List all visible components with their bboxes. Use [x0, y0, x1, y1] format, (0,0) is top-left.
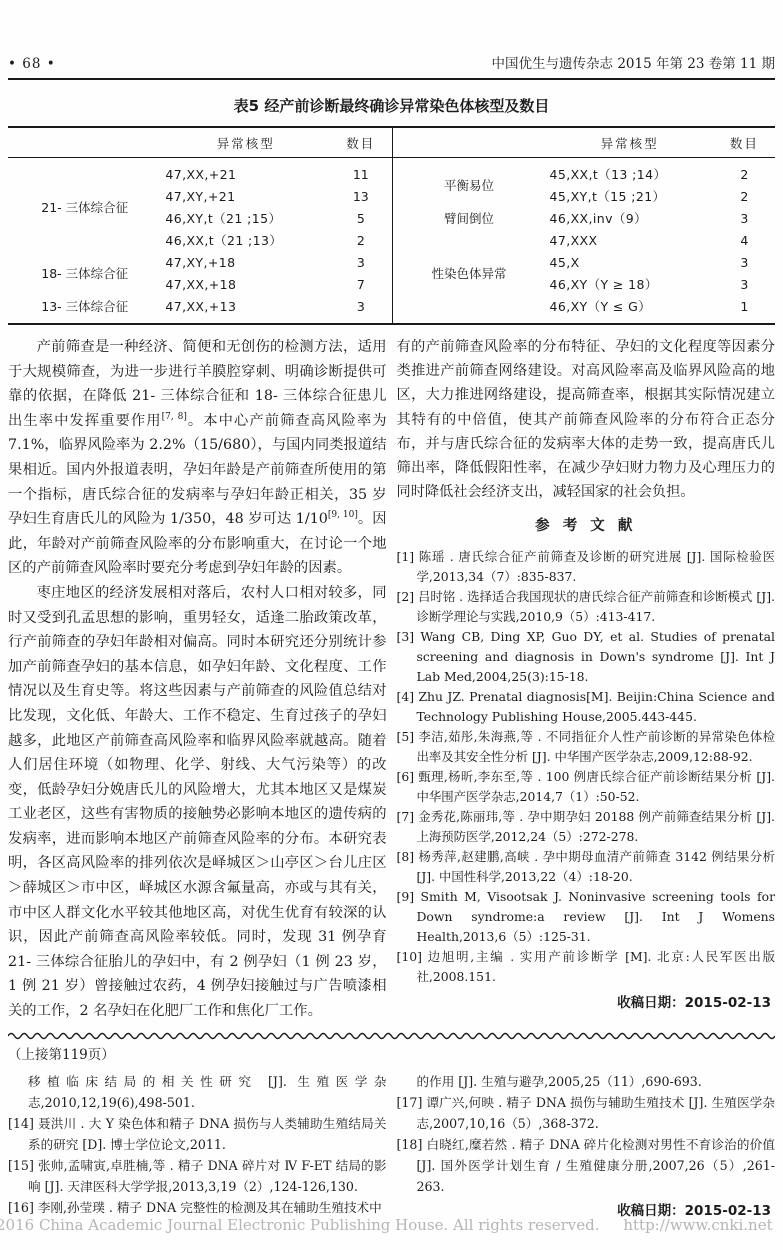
reference-item: [1] 陈瑶 . 唐氏综合征产前筛查及诊断的研究进展 [J]. 国际检验医学,2…	[397, 547, 776, 587]
page-header: • 68 • 中国优生与遗传杂志 2015 年第 23 卷第 11 期	[8, 52, 775, 72]
karyotype-cell: 47,XX,+18	[161, 277, 330, 292]
reference-item: [4] Zhu JZ. Prenatal diagnosis[M]. Beiji…	[397, 687, 776, 727]
reference-item: [17] 谭广兴,何映 . 精子 DNA 损伤与辅助生殖技术 [J]. 生殖医学…	[397, 1092, 776, 1134]
table-right-body: 平衡易位 臂间倒位 性染色体异常 45,XX,t（13 ;14） 2 45,XY…	[393, 158, 776, 323]
table-left-header: 异常核型 数目	[8, 128, 392, 158]
reference-item: [15] 张帅,孟啸寅,卓胜楠,等 . 精子 DNA 碎片对 Ⅳ F-ET 结局…	[8, 1155, 387, 1197]
copyright-text: 2016 China Academic Journal Electronic P…	[0, 1216, 599, 1234]
karyotype-header: 异常核型	[161, 134, 330, 152]
reference-item: [16] 李刚,孙莹璞 . 精子 DNA 完整性的检测及其在辅助生殖技术中	[8, 1197, 387, 1218]
continuation-right-column: 的作用 [J]. 生殖与避孕,2005,25（11）,690-693. [17]…	[397, 1071, 776, 1227]
count-cell: 2	[330, 233, 391, 248]
page-number: • 68 •	[8, 56, 56, 72]
table-right-header: 异常核型 数目	[393, 128, 776, 158]
category-cell: 性染色体异常	[393, 264, 546, 282]
paragraph-4: 有的产前筛查风险率的分布特征、孕妇的文化程度等因素分类推进产前筛查网络建设。对高…	[397, 335, 776, 504]
count-cell: 11	[330, 167, 391, 182]
karyotype-cell: 47,XX,+21	[161, 167, 330, 182]
karyotype-cell: 47,XX,+13	[161, 299, 330, 314]
journal-page: • 68 • 中国优生与遗传杂志 2015 年第 23 卷第 11 期 表5 经…	[0, 0, 783, 1250]
table-title: 表5 经产前诊断最终确诊异常染色体核型及数目	[8, 95, 775, 116]
citation-superscript: [7, 8]	[162, 412, 187, 422]
table-right-half: 异常核型 数目 平衡易位 臂间倒位 性染色体异常 45,XX,t（13 ;14）…	[392, 128, 776, 323]
count-cell: 3	[714, 211, 775, 226]
journal-title-line: 中国优生与遗传杂志 2015 年第 23 卷第 11 期	[492, 52, 775, 72]
paragraph-2: 枣庄地区的经济发展相对落后，农村人口相对较多，同时又受到孔孟思想的影响，重男轻女…	[8, 581, 387, 1024]
continued-from-marker: （上接第119页）	[8, 1043, 775, 1063]
copyright-footer: 2016 China Academic Journal Electronic P…	[0, 1216, 773, 1234]
karyotype-cell: 47,XY,+18	[161, 255, 330, 270]
karyotype-cell: 45,XY,t（15 ;21）	[546, 187, 714, 205]
body-left-column: 产前筛查是一种经济、简便和无创伤的检测方法，适用于大规模筛查，为进一步进行羊膜腔…	[8, 335, 387, 1025]
header-rule	[8, 78, 775, 80]
count-cell: 3	[330, 255, 391, 270]
karyotype-cell: 46,XX,inv（9）	[546, 209, 714, 227]
count-cell: 1	[714, 299, 775, 314]
body-right-column: 有的产前筛查风险率的分布特征、孕妇的文化程度等因素分类推进产前筛查网络建设。对高…	[397, 335, 776, 1025]
reference-item: [7] 金秀花,陈丽玮,等 . 孕中期孕妇 20188 例产前筛查结果分析 [J…	[397, 807, 776, 847]
category-cell: 13- 三体综合征	[8, 297, 161, 315]
wavy-divider	[8, 1027, 775, 1039]
karyotype-cell: 47,XY,+21	[161, 189, 330, 204]
karyotype-cell: 45,X	[546, 255, 714, 270]
reference-item: [18] 白晓红,糜若然 . 精子 DNA 碎片化检测对男性不育诊治的价值 [J…	[397, 1134, 776, 1197]
body-columns: 产前筛查是一种经济、简便和无创伤的检测方法，适用于大规模筛查，为进一步进行羊膜腔…	[8, 335, 775, 1025]
count-header: 数目	[330, 134, 391, 152]
reference-item: [9] Smith M, Visootsak J. Noninvasive sc…	[397, 887, 776, 947]
category-cell: 平衡易位	[393, 176, 546, 194]
count-cell: 13	[330, 189, 391, 204]
karyotype-cell: 47,XXX	[546, 233, 714, 248]
reference-continuation: 移植临床结局的相关性研究 [J]. 生殖医学杂志,2010,12,19(6),4…	[8, 1071, 387, 1113]
count-cell: 7	[330, 277, 391, 292]
reference-continuation: 的作用 [J]. 生殖与避孕,2005,25（11）,690-693.	[397, 1071, 776, 1092]
paragraph-1: 产前筛查是一种经济、简便和无创伤的检测方法，适用于大规模筛查，为进一步进行羊膜腔…	[8, 335, 387, 581]
karyotype-cell: 46,XX,t（21 ;13）	[161, 231, 330, 249]
reference-item: [14] 聂洪川 . 大 Y 染色体和精子 DNA 损伤与人类辅助生殖结局关系的…	[8, 1113, 387, 1155]
reference-item: [10] 边旭明,主编 . 实用产前诊断学 [M]. 北京:人民军医出版社,20…	[397, 947, 776, 987]
karyotype-cell: 46,XY（Y ≤ G）	[546, 297, 714, 315]
reference-item: [3] Wang CB, Ding XP, Guo DY, et al. Stu…	[397, 627, 776, 687]
count-cell: 2	[714, 189, 775, 204]
count-cell: 3	[714, 255, 775, 270]
references-list: [1] 陈瑶 . 唐氏综合征产前筛查及诊断的研究进展 [J]. 国际检验医学,2…	[397, 547, 776, 987]
count-cell: 4	[714, 233, 775, 248]
karyotype-table: 异常核型 数目 21- 三体综合征 18- 三体综合征 13- 三体综合征 47…	[8, 126, 775, 325]
table-left-body: 21- 三体综合征 18- 三体综合征 13- 三体综合征 47,XX,+21 …	[8, 158, 392, 323]
reference-item: [6] 甄理,杨昕,李东至,等 . 100 例唐氏综合征产前诊断结果分析 [J]…	[397, 767, 776, 807]
count-cell: 2	[714, 167, 775, 182]
count-cell: 3	[330, 299, 391, 314]
karyotype-cell: 45,XX,t（13 ;14）	[546, 165, 714, 183]
karyotype-cell: 46,XY（Y ≥ 18）	[546, 275, 714, 293]
karyotype-header: 异常核型	[546, 134, 714, 152]
category-cell: 臂间倒位	[393, 209, 546, 227]
citation-superscript: [9, 10]	[328, 510, 358, 520]
count-cell: 5	[330, 211, 391, 226]
category-cell: 18- 三体综合征	[8, 264, 161, 282]
references-heading: 参 考 文 献	[397, 514, 776, 538]
category-cell: 21- 三体综合征	[8, 198, 161, 216]
continuation-left-column: 移植临床结局的相关性研究 [J]. 生殖医学杂志,2010,12,19(6),4…	[8, 1071, 387, 1227]
reference-item: [2] 吕时铭 . 选择适合我国现状的唐氏综合征产前筛查和诊断模式 [J]. 诊…	[397, 587, 776, 627]
count-header: 数目	[714, 134, 775, 152]
count-cell: 3	[714, 277, 775, 292]
karyotype-cell: 46,XY,t（21 ;15）	[161, 209, 330, 227]
reference-item: [8] 杨秀萍,赵建鹏,高峡 . 孕中期母血清产前筛查 3142 例结果分析 […	[397, 847, 776, 887]
paragraph-3: 然而，本地区的产前筛查的筛查率仅达到 40% -50%，有很多孕妇，尤其是务农孕…	[8, 1024, 387, 1025]
received-date: 收稿日期：2015-02-13	[397, 991, 776, 1015]
table-left-half: 异常核型 数目 21- 三体综合征 18- 三体综合征 13- 三体综合征 47…	[8, 128, 392, 323]
continuation-columns: 移植临床结局的相关性研究 [J]. 生殖医学杂志,2010,12,19(6),4…	[8, 1071, 775, 1227]
cnki-url: http://www.cnki.net	[623, 1216, 772, 1234]
reference-item: [5] 李洁,茹彤,朱海燕,等 . 不同指征介人性产前诊断的异常染色体检出率及其…	[397, 727, 776, 767]
